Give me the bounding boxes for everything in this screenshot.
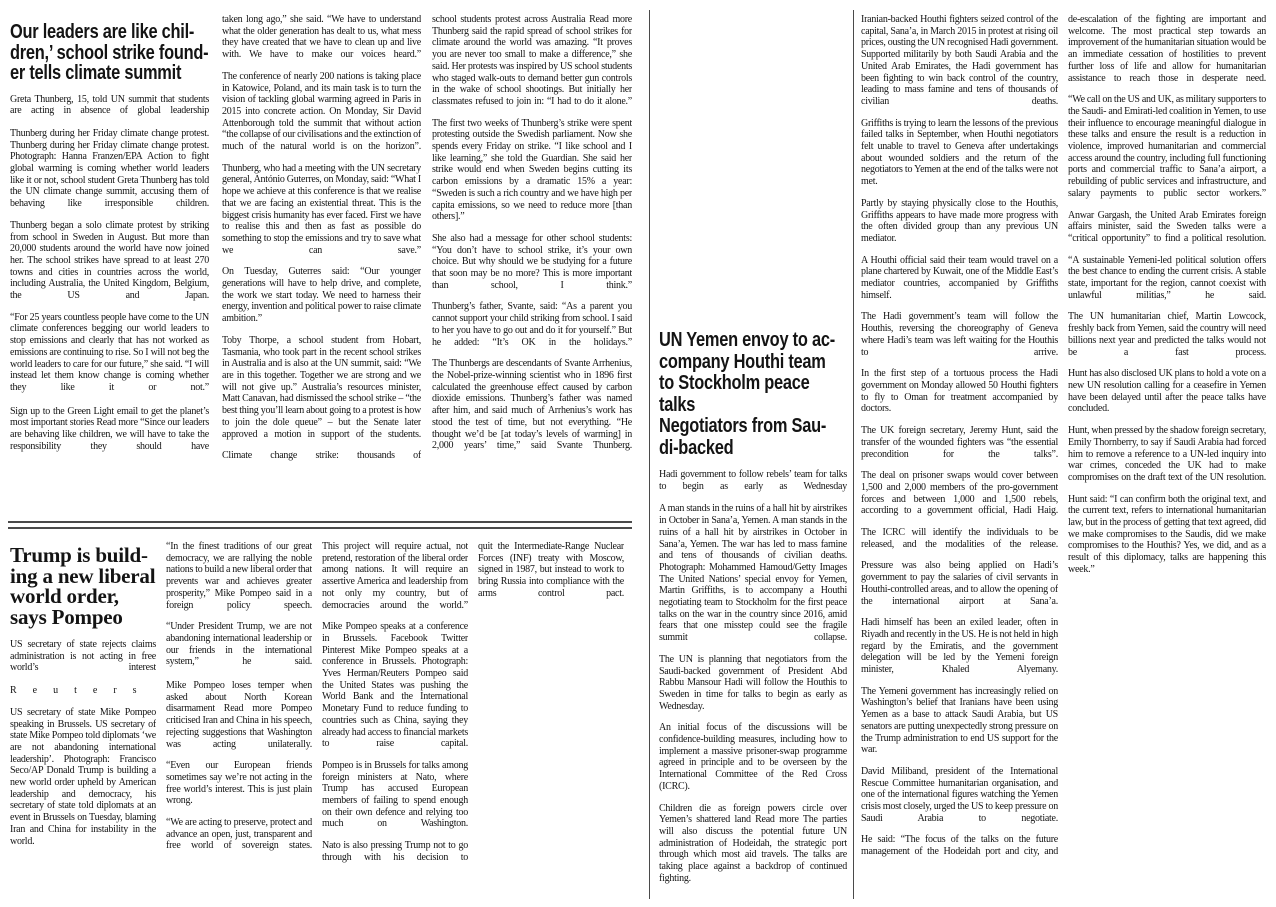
body-paragraph: An initial focus of the discussions will… <box>659 722 847 792</box>
body-paragraph: The ICRC will identify the individuals t… <box>861 527 1058 550</box>
headline-line: dren,’ school strike found- <box>10 43 173 64</box>
body-paragraph: school students protest across Australia… <box>432 14 632 108</box>
body-paragraph: Children die as foreign powers circle ov… <box>659 803 847 885</box>
yemen-article-column-3: de-escalation of the fighting are import… <box>1068 14 1266 902</box>
body-paragraph: The UN humanitarian chief, Martin Lowcoc… <box>1068 311 1266 358</box>
body-paragraph: This project will require actual, not pr… <box>322 541 468 611</box>
headline-line: Our leaders are like chil- <box>10 22 173 43</box>
body-paragraph: Toby Thorpe, a school student from Hobar… <box>222 335 421 440</box>
body-paragraph: “A sustainable Yemeni-led political solu… <box>1068 255 1266 302</box>
climate-article-col2-body: taken long ago,” she said. “We have to u… <box>222 14 421 462</box>
body-paragraph: US secretary of state Mike Pompeo speaki… <box>10 707 156 847</box>
body-paragraph: The deal on prisoner swaps would cover b… <box>861 470 1058 517</box>
climate-article-column-1: Our leaders are like chil-dren,’ school … <box>10 20 209 514</box>
headline-line: Negotiators from Sau- <box>659 416 813 438</box>
headline-line: to Stockholm peace <box>659 373 813 395</box>
headline-line: company Houthi team <box>659 352 813 374</box>
body-paragraph: “We call on the US and UK, as military s… <box>1068 94 1266 199</box>
pompeo-article-col2-body: “In the finest traditions of our great d… <box>166 541 312 852</box>
climate-article-column-2: taken long ago,” she said. “We have to u… <box>222 14 421 514</box>
pompeo-article-column-2: “In the finest traditions of our great d… <box>166 541 312 896</box>
body-paragraph: The Yemeni government has increasingly r… <box>861 686 1058 756</box>
body-paragraph: Pressure was also being applied on Hadi’… <box>861 560 1058 607</box>
body-paragraph: She also had a message for other school … <box>432 233 632 292</box>
body-paragraph: The UK foreign secretary, Jeremy Hunt, s… <box>861 425 1058 460</box>
headline-line: di-backed <box>659 438 813 460</box>
body-paragraph: “For 25 years countless people have come… <box>10 312 209 394</box>
body-paragraph: de-escalation of the fighting are import… <box>1068 14 1266 84</box>
pompeo-article-standfirst: US secretary of state rejects claims adm… <box>10 639 156 674</box>
body-paragraph: Hunt, when pressed by the shadow foreign… <box>1068 425 1266 484</box>
body-paragraph: The first two weeks of Thunberg’s strike… <box>432 118 632 223</box>
body-paragraph: Hunt said: “I can confirm both the origi… <box>1068 494 1266 576</box>
pompeo-article-column-1: Trump is build-ing a new liberalworld or… <box>10 541 156 903</box>
yemen-article-col3-body: de-escalation of the fighting are import… <box>1068 14 1266 576</box>
climate-article-headline: Our leaders are like chil-dren,’ school … <box>10 22 209 84</box>
pompeo-article-headline: Trump is build-ing a new liberalworld or… <box>10 545 156 627</box>
body-paragraph: The Thunbergs are descendants of Svante … <box>432 358 632 452</box>
body-paragraph: Griffiths is trying to learn the lessons… <box>861 118 1058 188</box>
body-paragraph: “Even our European friends sometimes say… <box>166 760 312 807</box>
article-separator-double-rule <box>8 521 632 529</box>
yemen-article-column-1: UN Yemen envoy to ac-company Houthi team… <box>659 328 847 905</box>
newspaper-page: Our leaders are like chil-dren,’ school … <box>0 0 1276 907</box>
pompeo-article-col3-body: This project will require actual, not pr… <box>322 541 468 864</box>
yemen-article-column-2: Iranian-backed Houthi fighters seized co… <box>861 14 1058 902</box>
headline-line: er tells climate summit <box>10 63 173 84</box>
body-paragraph: Hadi himself has been an exiled leader, … <box>861 617 1058 676</box>
headline-line: says Pompeo <box>10 607 156 628</box>
body-paragraph: David Miliband, president of the Interna… <box>861 766 1058 825</box>
body-paragraph: A Houthi official said their team would … <box>861 255 1058 302</box>
body-paragraph: On Tuesday, Guterres said: “Our younger … <box>222 266 421 325</box>
yemen-article-col2-body: Iranian-backed Houthi fighters seized co… <box>861 14 1058 858</box>
body-paragraph: “We are acting to preserve, protect and … <box>166 817 312 852</box>
body-paragraph: Mike Pompeo speaks at a conference in Br… <box>322 621 468 750</box>
body-paragraph: Climate change strike: thousands of <box>222 450 421 462</box>
body-paragraph: “Under President Trump, we are not aband… <box>166 621 312 668</box>
headline-line: ing a new liberal <box>10 566 156 587</box>
body-paragraph: Sign up to the Green Light email to get … <box>10 406 209 453</box>
body-paragraph: The Hadi government’s team will follow t… <box>861 311 1058 358</box>
headline-line: world order, <box>10 586 156 607</box>
climate-article-standfirst: Greta Thunberg, 15, told UN summit that … <box>10 94 209 117</box>
body-paragraph: The UN is planning that negotiators from… <box>659 654 847 713</box>
headline-line: Trump is build- <box>10 545 156 566</box>
headline-line: UN Yemen envoy to ac- <box>659 330 813 352</box>
body-paragraph: He said: “The focus of the talks on the … <box>861 834 1058 857</box>
body-paragraph: Thunberg during her Friday climate chang… <box>10 128 209 210</box>
body-paragraph: Anwar Gargash, the United Arab Emirates … <box>1068 210 1266 245</box>
body-paragraph: Thunberg, who had a meeting with the UN … <box>222 163 421 257</box>
body-paragraph: A man stands in the ruins of a hall hit … <box>659 503 847 643</box>
pompeo-article-column-4: quit the Intermediate-Range Nuclear Forc… <box>478 541 624 896</box>
body-paragraph: Thunberg began a solo climate protest by… <box>10 220 209 302</box>
pompeo-article-col1-body: US secretary of state Mike Pompeo speaki… <box>10 707 156 847</box>
climate-article-col3-body: school students protest across Australia… <box>432 14 632 452</box>
body-paragraph: The conference of nearly 200 nations is … <box>222 71 421 153</box>
body-paragraph: Mike Pompeo loses temper when asked abou… <box>166 680 312 750</box>
body-paragraph: Thunberg’s father, Svante, said: “As a p… <box>432 301 632 348</box>
column-divider-rule-left <box>649 10 650 899</box>
pompeo-article-column-3: This project will require actual, not pr… <box>322 541 468 896</box>
yemen-article-col1-body: A man stands in the ruins of a hall hit … <box>659 503 847 884</box>
body-paragraph: Partly by staying physically close to th… <box>861 198 1058 245</box>
body-paragraph: “In the finest traditions of our great d… <box>166 541 312 611</box>
yemen-article-headline: UN Yemen envoy to ac-company Houthi team… <box>659 330 847 459</box>
body-paragraph: taken long ago,” she said. “We have to u… <box>222 14 421 61</box>
pompeo-article-col4-body: quit the Intermediate-Range Nuclear Forc… <box>478 541 624 600</box>
headline-line: talks <box>659 395 813 417</box>
body-paragraph: quit the Intermediate-Range Nuclear Forc… <box>478 541 624 600</box>
yemen-article-standfirst: Hadi government to follow rebels’ team f… <box>659 469 847 492</box>
body-paragraph: Pompeo is in Brussels for talks among fo… <box>322 760 468 830</box>
climate-article-column-3: school students protest across Australia… <box>432 14 632 514</box>
pompeo-article-byline: Reuters <box>10 685 156 697</box>
body-paragraph: Iranian-backed Houthi fighters seized co… <box>861 14 1058 108</box>
body-paragraph: Hunt has also disclosed UK plans to hold… <box>1068 368 1266 415</box>
body-paragraph: Nato is also pressing Trump not to go th… <box>322 840 468 863</box>
climate-article-col1-body: Thunberg during her Friday climate chang… <box>10 128 209 453</box>
body-paragraph: In the first step of a tortuous process … <box>861 368 1058 415</box>
column-divider-rule-right <box>853 10 854 899</box>
